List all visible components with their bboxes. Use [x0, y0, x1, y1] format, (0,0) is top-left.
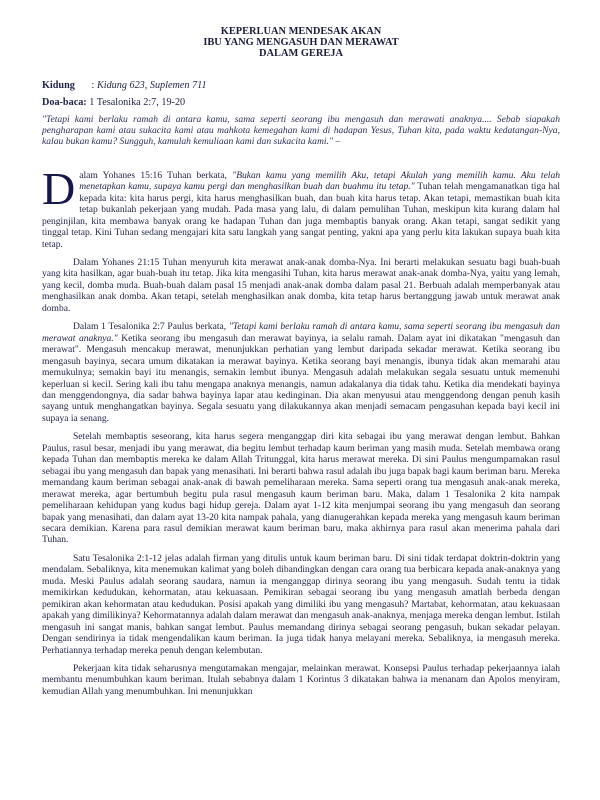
paragraph: Setelah membaptis seseorang, kita harus …	[42, 431, 560, 546]
drop-cap: D	[42, 171, 75, 207]
doa-baca-row: Doa-baca: 1 Tesalonika 2:7, 19-20	[42, 97, 560, 109]
kidung-label: Kidung	[42, 80, 89, 92]
paragraph: Dalam 1 Tesalonika 2:7 Paulus berkata, "…	[42, 321, 560, 424]
paragraph: Pekerjaan kita tidak seharusnya mengutam…	[42, 663, 560, 697]
title-line: KEPERLUAN MENDESAK AKAN	[42, 26, 560, 37]
kidung-row: Kidung : Kidung 623, Suplemen 711	[42, 80, 560, 92]
paragraph: Dalam Yohanes 21:15 Tuhan menyuruh kita …	[42, 257, 560, 314]
epigraph-quote: "Tetapi kami berlaku ramah di antara kam…	[42, 114, 560, 148]
paragraph-lead: Dalam 1 Tesalonika 2:7 Paulus berkata,	[73, 321, 229, 332]
paragraph-rest: Ketika seorang ibu mengasuh dan merawat …	[42, 333, 560, 424]
title-line: IBU YANG MENGASUH DAN MERAWAT	[42, 37, 560, 48]
document-page: KEPERLUAN MENDESAK AKAN IBU YANG MENGASU…	[0, 0, 600, 800]
article-body: Dalam Yohanes 15:16 Tuhan berkata, "Buka…	[42, 170, 560, 697]
reading-info: Kidung : Kidung 623, Suplemen 711 Doa-ba…	[42, 80, 560, 148]
paragraph-lead: alam Yohanes 15:16 Tuhan berkata,	[79, 170, 232, 181]
kidung-separator: :	[89, 80, 97, 91]
doa-baca-value: 1 Tesalonika 2:7, 19-20	[87, 97, 185, 108]
kidung-value: Kidung 623, Suplemen 711	[97, 80, 207, 91]
paragraph: Dalam Yohanes 15:16 Tuhan berkata, "Buka…	[42, 170, 560, 250]
title-line: DALAM GEREJA	[42, 48, 560, 59]
document-title: KEPERLUAN MENDESAK AKAN IBU YANG MENGASU…	[42, 26, 560, 60]
paragraph: Satu Tesalonika 2:1-12 jelas adalah firm…	[42, 553, 560, 656]
doa-baca-label: Doa-baca:	[42, 97, 87, 108]
